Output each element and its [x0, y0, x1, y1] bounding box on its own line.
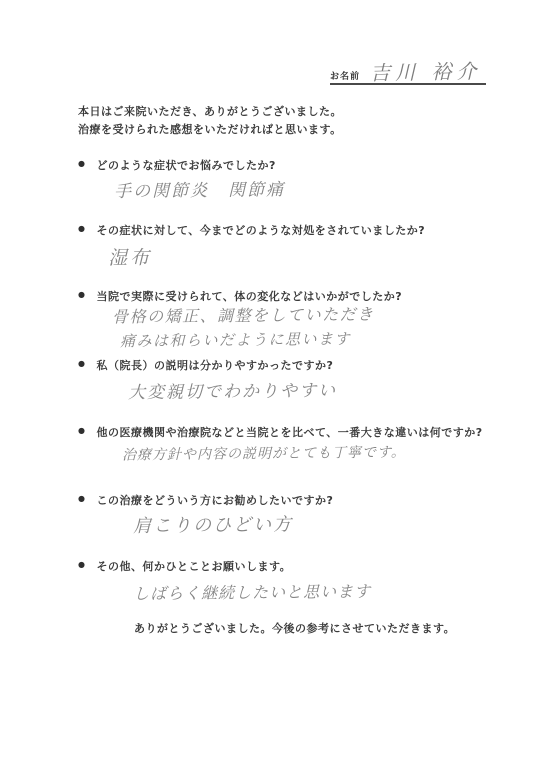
question-5-text: 他の医療機関や治療院などと当院とを比べて、一番大きな違いは何ですか?	[96, 424, 482, 440]
question-7: ● その他、何かひとことお願いします。	[78, 558, 291, 574]
bullet-icon: ●	[78, 357, 85, 370]
intro-line-1: 本日はご来院いただき、ありがとうございました。	[78, 103, 342, 119]
answer-1: 手の関節炎 関節痛	[114, 175, 285, 202]
name-field: お名前 吉川 裕介	[330, 50, 486, 85]
answer-6: 肩こりのひどい方	[133, 510, 293, 538]
answer-2: 湿布	[108, 243, 152, 270]
question-6-text: この治療をどういう方にお勧めしたいですか?	[96, 492, 333, 508]
scanned-questionnaire-page: お名前 吉川 裕介 本日はご来院いただき、ありがとうございました。 治療を受けら…	[0, 0, 540, 763]
name-field-label: お名前	[330, 69, 360, 83]
bullet-icon: ●	[78, 222, 85, 235]
question-2-text: その症状に対して、今までどのような対処をされていましたか?	[96, 222, 425, 238]
question-6: ● この治療をどういう方にお勧めしたいですか?	[78, 492, 333, 508]
answer-4: 大変親切でわかりやすい	[128, 376, 337, 403]
bullet-icon: ●	[78, 424, 85, 437]
question-7-text: その他、何かひとことお願いします。	[96, 558, 291, 574]
intro-line-2: 治療を受けられた感想をいただければと思います。	[78, 121, 342, 137]
answer-5: 治療方針や内容の説明がとても丁寧です。	[122, 442, 406, 465]
question-2: ● その症状に対して、今までどのような対処をされていましたか?	[78, 222, 425, 238]
bullet-icon: ●	[78, 558, 85, 571]
bullet-icon: ●	[78, 157, 85, 170]
footer-thanks: ありがとうございました。今後の参考にさせていただきます。	[134, 620, 455, 636]
bullet-icon: ●	[78, 492, 85, 505]
bullet-icon: ●	[78, 288, 85, 301]
answer-3-line-2: 痛みは和らいだように思います	[120, 328, 351, 351]
answer-3-line-1: 骨格の矯正、調整をしていただき	[112, 302, 375, 328]
question-4: ● 私（院長）の説明は分かりやすかったですか?	[78, 357, 333, 373]
answer-7: しばらく継続したいと思います	[133, 579, 371, 604]
question-1-text: どのような症状でお悩みでしたか?	[96, 157, 275, 173]
question-5: ● 他の医療機関や治療院などと当院とを比べて、一番大きな違いは何ですか?	[78, 424, 483, 440]
question-4-text: 私（院長）の説明は分かりやすかったですか?	[96, 357, 333, 373]
handwritten-name: 吉川 裕介	[370, 55, 482, 86]
question-1: ● どのような症状でお悩みでしたか?	[78, 157, 276, 173]
